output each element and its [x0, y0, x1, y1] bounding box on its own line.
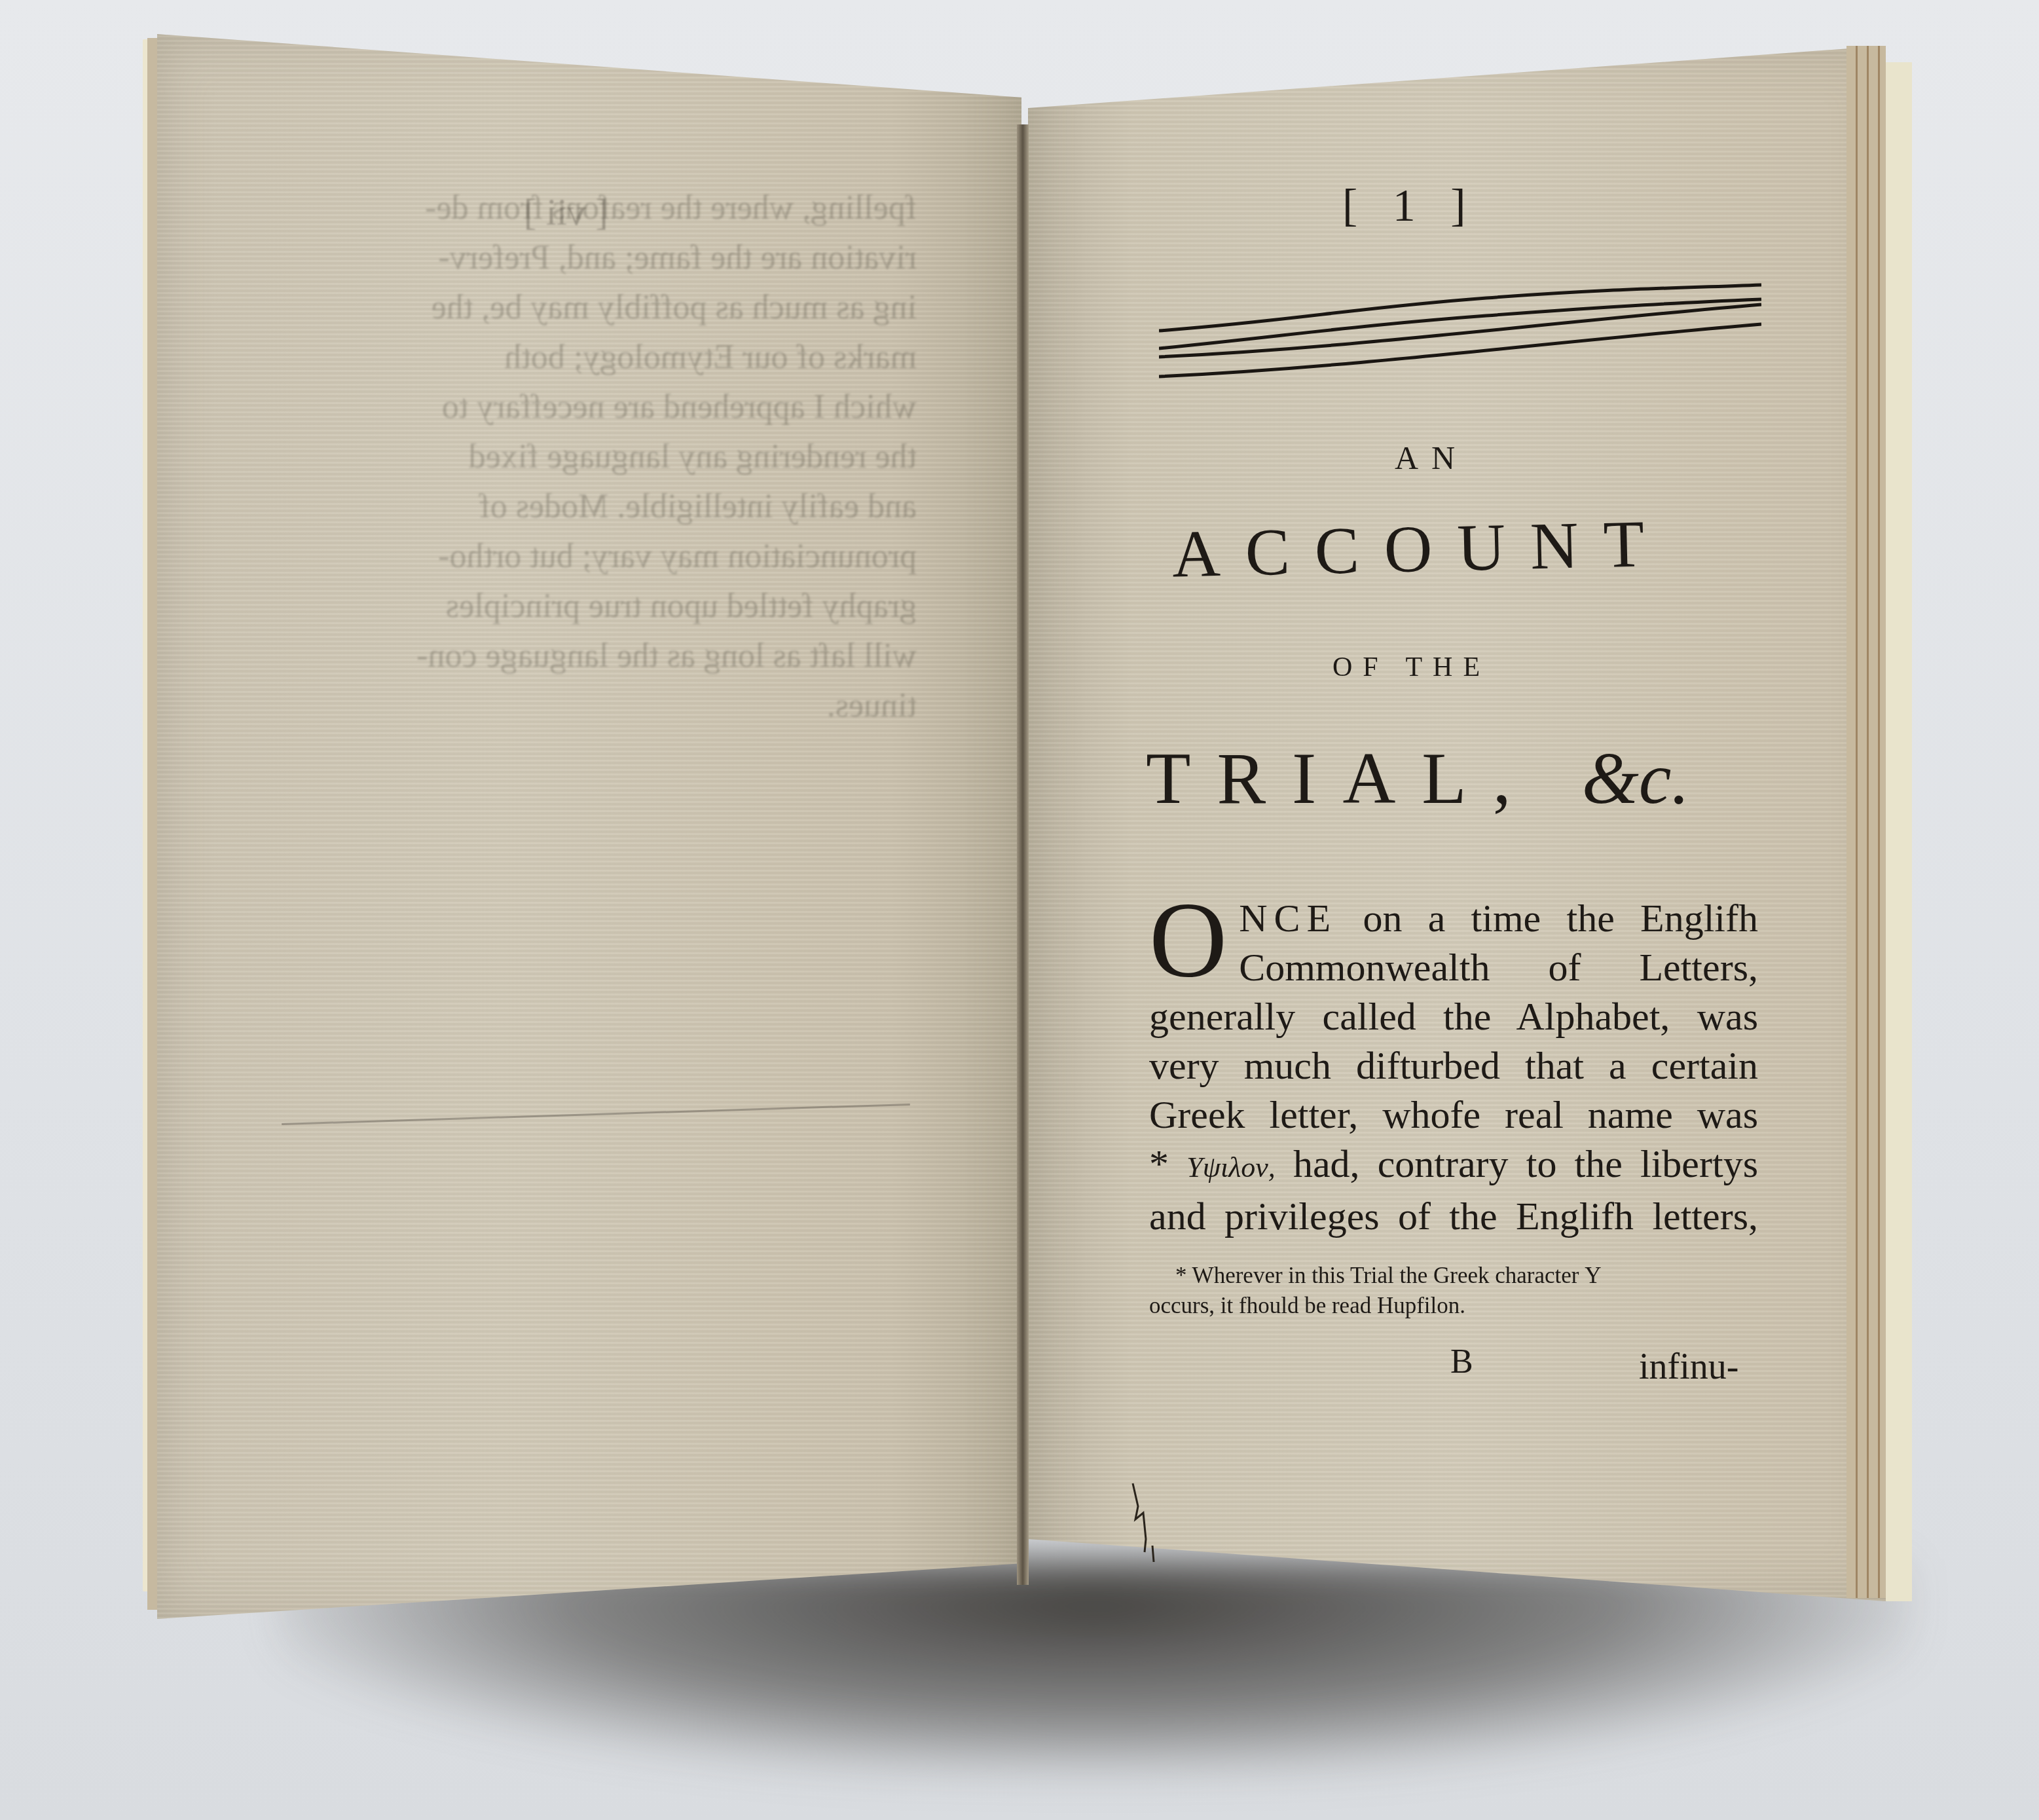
title-trial-word: TRIAL, — [1146, 738, 1537, 819]
left-show-through-text: fpelling, where the reafons from de- riv… — [288, 183, 917, 731]
page-stack-right — [1846, 46, 1886, 1598]
ghost-line: marks of our Etymology; both — [288, 333, 917, 382]
title-an: AN — [1395, 439, 1468, 477]
page-number: [ 1 ] — [1342, 180, 1478, 232]
body-line: Commonwealth of Letters, — [1149, 943, 1758, 992]
body-line: Greek letter, whofe real name was — [1149, 1090, 1758, 1140]
body-line: and privileges of the Englifh letters, — [1149, 1192, 1758, 1241]
footnote-line: occurs, it fhould be read Hupfilon. — [1149, 1291, 1765, 1321]
first-word: NCE — [1239, 897, 1337, 940]
pen-scribble-marks — [1126, 1480, 1179, 1565]
body-line: generally called the Alphabet, was — [1149, 992, 1758, 1041]
ghost-line: which I apprehend are neceffary to — [288, 382, 917, 432]
body-line: had, contrary to the libertys — [1293, 1142, 1758, 1185]
ghost-line: the rendering any language fixed — [288, 432, 917, 482]
body-line: on a time the Englifh — [1363, 897, 1758, 940]
ghost-line: will laft as long as the language con- — [288, 631, 917, 681]
ghost-line: fpelling, where the reafons from de- — [288, 183, 917, 233]
title-of-the: OF THE — [1332, 652, 1490, 683]
crossed-out-lines — [1159, 262, 1761, 386]
ghost-line: ing as much as poffibly may be, the — [288, 283, 917, 333]
ghost-line: tinues. — [288, 681, 917, 731]
drop-cap: O — [1149, 897, 1227, 983]
ghost-line: pronunciation may vary; but ortho- — [288, 532, 917, 582]
body-paragraph: O NCE on a time the Englifh Commonwealth… — [1149, 894, 1758, 1241]
body-line: very much difturbed that a certain — [1149, 1041, 1758, 1090]
footnote-marker: * — [1149, 1142, 1169, 1185]
cover-edge-right — [1886, 62, 1912, 1601]
ghost-line: rivation are the fame; and, Preferv- — [288, 233, 917, 283]
ghost-line: and eafily intelligible. Modes of — [288, 482, 917, 532]
signature-mark: B — [1450, 1343, 1473, 1381]
catchword: infinu- — [1639, 1346, 1738, 1388]
footnote-line: * Wherever in this Trial the Greek chara… — [1149, 1261, 1765, 1291]
book-gutter — [1017, 124, 1029, 1585]
title-trial: TRIAL, &c. — [1146, 737, 1690, 821]
title-etc: &c. — [1582, 738, 1690, 819]
title-account: ACCOUNT — [1171, 505, 1670, 593]
greek-word: Υψιλον, — [1186, 1151, 1276, 1183]
footnote: * Wherever in this Trial the Greek chara… — [1149, 1261, 1765, 1321]
ghost-line: graphy fettled upon true principles — [288, 582, 917, 631]
